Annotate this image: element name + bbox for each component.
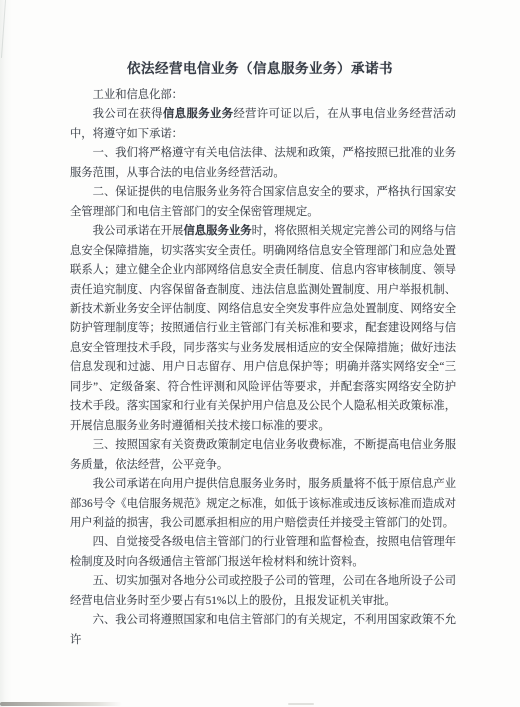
scanned-document-page: 依法经营电信业务（信息服务业务）承诺书 工业和信息化部： 我公司在获得信息服务业… (0, 0, 520, 707)
text-run: 我公司承诺在开展 (93, 225, 184, 237)
bold-run: 信息服务业务 (163, 108, 233, 120)
text-run: 我公司在获得 (93, 108, 163, 120)
paragraph: 六、我公司将遵照国家和电信主管部门的有关规定，不利用国家政策不允许 (70, 611, 456, 650)
paragraph: 二、保证提供的电信服务业务符合国家信息安全的要求，严格执行国家安全管理部门和电信… (70, 183, 456, 222)
paragraph: 四、自觉接受各级电信主管部门的行业管理和监督检查，按照电信管理年检制度及时向各级… (70, 533, 456, 572)
paragraph: 我公司承诺在向用户提供信息服务业务时，服务质量将不低于原信息产业部36号令《电信… (70, 475, 456, 533)
paragraph: 一、我们将严格遵守有关电信法律、法规和政策，严格按照已批准的业务服务范围，从事合… (70, 144, 456, 183)
bold-run: 信息服务业务 (183, 225, 251, 237)
document-title: 依法经营电信业务（信息服务业务）承诺书 (0, 0, 520, 77)
text-run: 四、自觉接受各级电信主管部门的行业管理和监督检查，按照电信管理年检制度及时向各级… (70, 536, 456, 567)
text-run: 三、按照国家有关资费政策制定电信业务收费标准，不断提高电信业务服务质量，依法经营… (70, 439, 456, 470)
page-edge-shadow-left (0, 0, 12, 707)
salutation: 工业和信息化部： (70, 86, 456, 105)
text-run: 时，将依照相关规定完善公司的网络与信息安全保障措施，切实落实安全责任。明确网络信… (70, 225, 456, 432)
text-run: 一、我们将严格遵守有关电信法律、法规和政策，严格按照已批准的业务服务范围，从事合… (70, 147, 456, 178)
paragraph: 五、切实加强对各地分公司或控股子公司的管理，公司在各地所设子公司经营电信业务时至… (70, 572, 456, 611)
paragraph: 三、按照国家有关资费政策制定电信业务收费标准，不断提高电信业务服务质量，依法经营… (70, 436, 456, 475)
text-run: 六、我公司将遵照国家和电信主管部门的有关规定，不利用国家政策不允许 (70, 614, 456, 645)
text-run: 我公司承诺在向用户提供信息服务业务时，服务质量将不低于原信息产业部36号令《电信… (70, 478, 456, 529)
scan-artifact-bottom-dash (288, 703, 314, 705)
paragraph: 我公司在获得信息服务业务经营许可证以后，在从事电信业务经营活动中，将遵守如下承诺… (70, 105, 456, 144)
paragraph: 我公司承诺在开展信息服务业务时，将依照相关规定完善公司的网络与信息安全保障措施，… (70, 222, 456, 436)
scan-artifact-bottom-left (0, 702, 122, 706)
document-body: 工业和信息化部： 我公司在获得信息服务业务经营许可证以后，在从事电信业务经营活动… (70, 86, 456, 650)
text-run: 二、保证提供的电信服务业务符合国家信息安全的要求，严格执行国家安全管理部门和电信… (70, 186, 456, 217)
text-run: 五、切实加强对各地分公司或控股子公司的管理，公司在各地所设子公司经营电信业务时至… (70, 575, 456, 606)
document-paragraphs: 我公司在获得信息服务业务经营许可证以后，在从事电信业务经营活动中，将遵守如下承诺… (70, 105, 456, 650)
